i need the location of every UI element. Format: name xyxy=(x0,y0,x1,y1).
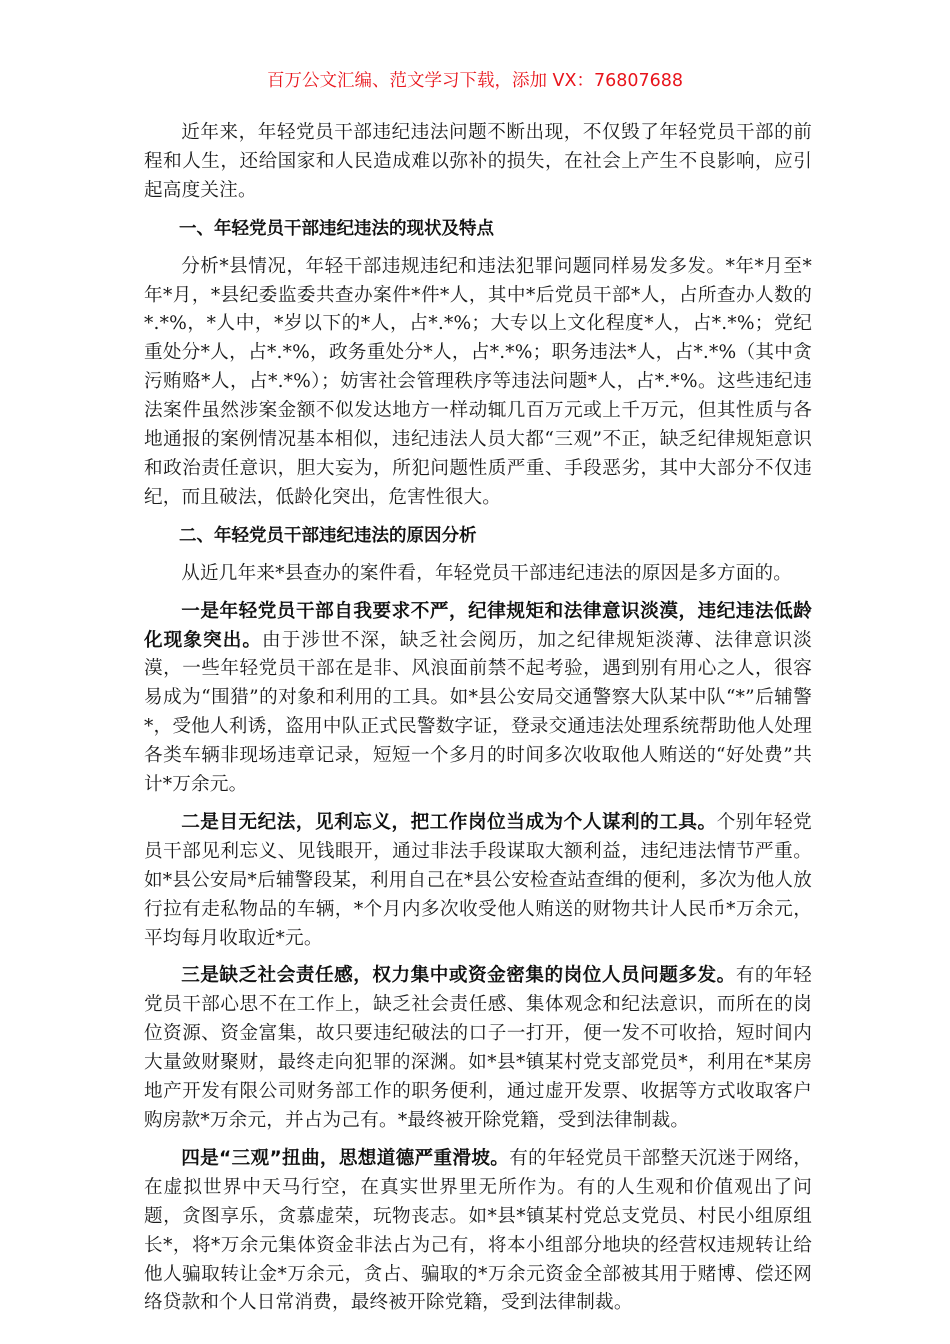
document-page: 百万公文汇编、范文学习下载，添加 VX：76807688 近年来，年轻党员干部违… xyxy=(0,0,950,1344)
cause-4-body: 有的年轻党员干部整天沉迷于网络，在虚拟世界中天马行空，在真实世界里无所作为。有的… xyxy=(144,1148,812,1314)
cause-paragraph-3: 三是缺乏社会责任感，权力集中或资金密集的岗位人员问题多发。有的年轻党员干部心思不… xyxy=(144,962,812,1135)
cause-2-lead: 二是目无纪法，见利忘义，把工作岗位当成为个人谋利的工具。 xyxy=(181,812,717,833)
cause-paragraph-4: 四是“三观”扭曲，思想道德严重滑坡。有的年轻党员干部整天沉迷于网络，在虚拟世界中… xyxy=(144,1145,812,1318)
intro-paragraph: 近年来，年轻党员干部违纪违法问题不断出现，不仅毁了年轻党员干部的前程和人生，还给… xyxy=(144,119,812,206)
document-body: 近年来，年轻党员干部违纪违法问题不断出现，不仅毁了年轻党员干部的前程和人生，还给… xyxy=(144,119,812,1327)
cause-paragraph-1: 一是年轻党员干部自我要求不严，纪律规矩和法律意识淡漠，违纪违法低龄化现象突出。由… xyxy=(144,598,812,800)
cause-3-lead: 三是缺乏社会责任感，权力集中或资金密集的岗位人员问题多发。 xyxy=(181,965,736,986)
cause-paragraph-2: 二是目无纪法，见利忘义，把工作岗位当成为个人谋利的工具。个别年轻党员干部见利忘义… xyxy=(144,809,812,954)
section-2-intro-paragraph: 从近几年来*县查办的案件看，年轻党员干部违纪违法的原因是多方面的。 xyxy=(144,560,812,589)
cause-3-body: 有的年轻党员干部心思不在工作上，缺乏社会责任感、集体观念和纪法意识，而所在的岗位… xyxy=(144,965,812,1131)
section-1-paragraph: 分析*县情况，年轻干部违规违纪和违法犯罪问题同样易发多发。*年*月至*年*月，*… xyxy=(144,253,812,513)
cause-1-body: 由于涉世不深，缺乏社会阅历，加之纪律规矩淡薄、法律意识淡漠，一些年轻党员干部在是… xyxy=(144,630,812,796)
section-1-heading: 一、年轻党员干部违纪违法的现状及特点 xyxy=(144,215,812,244)
section-2-heading: 二、年轻党员干部违纪违法的原因分析 xyxy=(144,522,812,551)
promo-banner: 百万公文汇编、范文学习下载，添加 VX：76807688 xyxy=(0,68,950,94)
cause-4-lead: 四是“三观”扭曲，思想道德严重滑坡。 xyxy=(181,1148,509,1169)
